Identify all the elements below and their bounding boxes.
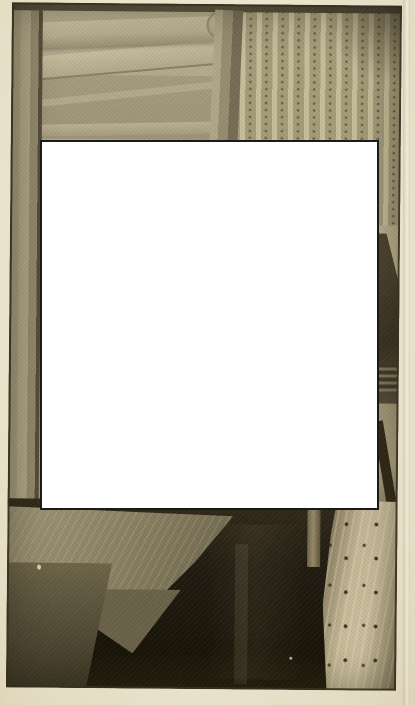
photo-speck <box>289 657 292 660</box>
table-leg-shadow <box>234 544 248 684</box>
photo-speck <box>37 565 41 570</box>
wallpaper-shadow <box>311 13 402 94</box>
mount-crease <box>403 0 410 705</box>
window-casing-right <box>209 10 243 145</box>
window-casing-left <box>8 10 43 512</box>
redaction-overlay <box>40 140 379 510</box>
bed-post <box>307 507 321 567</box>
spotted-bedding <box>322 501 398 691</box>
photo-mount <box>0 0 415 705</box>
